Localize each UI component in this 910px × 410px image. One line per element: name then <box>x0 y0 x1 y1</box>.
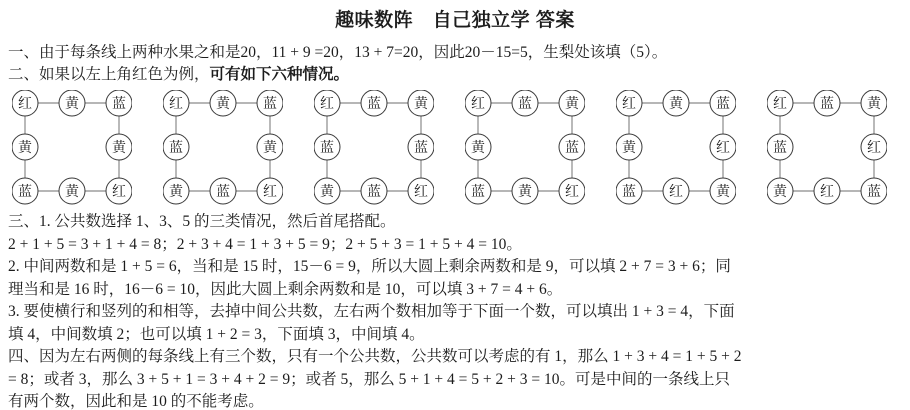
circle-label: 蓝 <box>320 139 334 156</box>
circle-label: 蓝 <box>216 183 230 200</box>
circle-label: 蓝 <box>716 95 730 112</box>
circle-label: 红 <box>263 184 277 200</box>
circle-label: 蓝 <box>622 183 636 200</box>
circle-label: 黄 <box>716 184 731 200</box>
circle-label: 蓝 <box>367 95 381 112</box>
circle-label: 黄 <box>263 140 278 156</box>
circle-label: 红 <box>565 184 579 200</box>
circle-label: 蓝 <box>471 183 485 200</box>
circle-label: 黄 <box>18 140 33 156</box>
color-ring-diagram-2: 红黄蓝蓝黄黄蓝红 <box>163 90 283 205</box>
answer-text-block: 三、1. 公共数选择 1、3、5 的三类情况，然后首尾搭配。2 + 1 + 5 … <box>8 211 906 410</box>
circle-label: 红 <box>867 140 881 156</box>
circle-label: 蓝 <box>518 95 532 112</box>
circle-label: 蓝 <box>263 95 277 112</box>
circle-label: 蓝 <box>820 95 834 112</box>
circle-label: 蓝 <box>169 139 183 156</box>
circle-label: 红 <box>112 184 126 200</box>
circle-label: 蓝 <box>414 139 428 156</box>
answer-line: 理当和是 16 时，16－6 = 10，因此大圆上剩余两数和是 10，可以填 3… <box>8 279 906 302</box>
answer-line: 四、因为左右两侧的每条线上有三个数，只有一个公共数，公共数可以考虑的有 1，那么… <box>8 346 906 369</box>
circle-label: 黄 <box>565 96 580 112</box>
circle-label: 黄 <box>414 96 429 112</box>
answer-line: 有两个数，因此和是 10 的不能考虑。 <box>8 391 906 410</box>
circle-label: 红 <box>169 96 183 112</box>
circle-label: 红 <box>18 96 32 112</box>
answer-line-two: 二、如果以左上角红色为例，可有如下六种情况。 <box>8 64 904 86</box>
circle-label: 红 <box>773 96 787 112</box>
circle-label: 黄 <box>518 184 533 200</box>
answer-line-two-bold: 可有如下六种情况。 <box>210 66 350 83</box>
circle-label: 红 <box>320 96 334 112</box>
circle-label: 黄 <box>65 184 80 200</box>
circle-label: 蓝 <box>367 183 381 200</box>
circle-label: 红 <box>471 96 485 112</box>
circle-label: 黄 <box>867 96 882 112</box>
circle-label: 红 <box>716 140 730 156</box>
circle-label: 红 <box>414 184 428 200</box>
circle-label: 黄 <box>169 184 184 200</box>
circle-label: 蓝 <box>773 139 787 156</box>
circle-label: 蓝 <box>867 183 881 200</box>
circle-label: 红 <box>820 184 834 200</box>
circle-label: 红 <box>669 184 683 200</box>
answer-line: 3. 要使横行和竖列的和相等，去掉中间公共数，左右两个数相加等于下面一个数，可以… <box>8 301 906 324</box>
answer-line: 填 4，中间数填 2；也可以填 1 + 2 = 3，下面填 3，中间填 4。 <box>8 324 906 347</box>
answer-line: 2. 中间两数和是 1 + 5 = 6，当和是 15 时，15－6 = 9，所以… <box>8 256 906 279</box>
circle-label: 黄 <box>65 96 80 112</box>
answer-line: 三、1. 公共数选择 1、3、5 的三类情况，然后首尾搭配。 <box>8 211 906 234</box>
circle-label: 红 <box>622 96 636 112</box>
circle-label: 蓝 <box>112 95 126 112</box>
color-arrangement-diagrams: 红黄蓝黄黄蓝黄红红黄蓝蓝黄黄蓝红红蓝黄蓝蓝黄蓝红红蓝黄黄蓝蓝黄红红黄蓝黄红蓝红黄… <box>12 90 887 205</box>
circle-label: 黄 <box>112 140 127 156</box>
circle-label: 黄 <box>216 96 231 112</box>
answer-line: 2 + 1 + 5 = 3 + 1 + 4 = 8；2 + 3 + 4 = 1 … <box>8 234 906 257</box>
circle-label: 黄 <box>669 96 684 112</box>
color-ring-diagram-5: 红黄蓝黄红蓝红黄 <box>616 90 736 205</box>
circle-label: 蓝 <box>565 139 579 156</box>
color-ring-diagram-1: 红黄蓝黄黄蓝黄红 <box>12 90 132 205</box>
circle-label: 黄 <box>320 184 335 200</box>
answer-line-two-prefix: 二、如果以左上角红色为例， <box>8 66 210 83</box>
answer-line: = 8；或者 3，那么 3 + 5 + 1 = 3 + 4 + 2 = 9；或者… <box>8 369 906 392</box>
color-ring-diagram-3: 红蓝黄蓝蓝黄蓝红 <box>314 90 434 205</box>
color-ring-diagram-6: 红蓝黄蓝红黄红蓝 <box>767 90 887 205</box>
circle-label: 黄 <box>773 184 788 200</box>
circle-label: 黄 <box>622 140 637 156</box>
circle-label: 黄 <box>471 140 486 156</box>
color-ring-diagram-4: 红蓝黄黄蓝蓝黄红 <box>465 90 585 205</box>
page-title: 趣味数阵 自己独立学 答案 <box>0 5 910 32</box>
intro-text-block: 一、由于每条线上两种水果之和是20，11 + 9 =20，13 + 7=20，因… <box>8 42 904 86</box>
answer-line-one: 一、由于每条线上两种水果之和是20，11 + 9 =20，13 + 7=20，因… <box>8 42 904 64</box>
circle-label: 蓝 <box>18 183 32 200</box>
